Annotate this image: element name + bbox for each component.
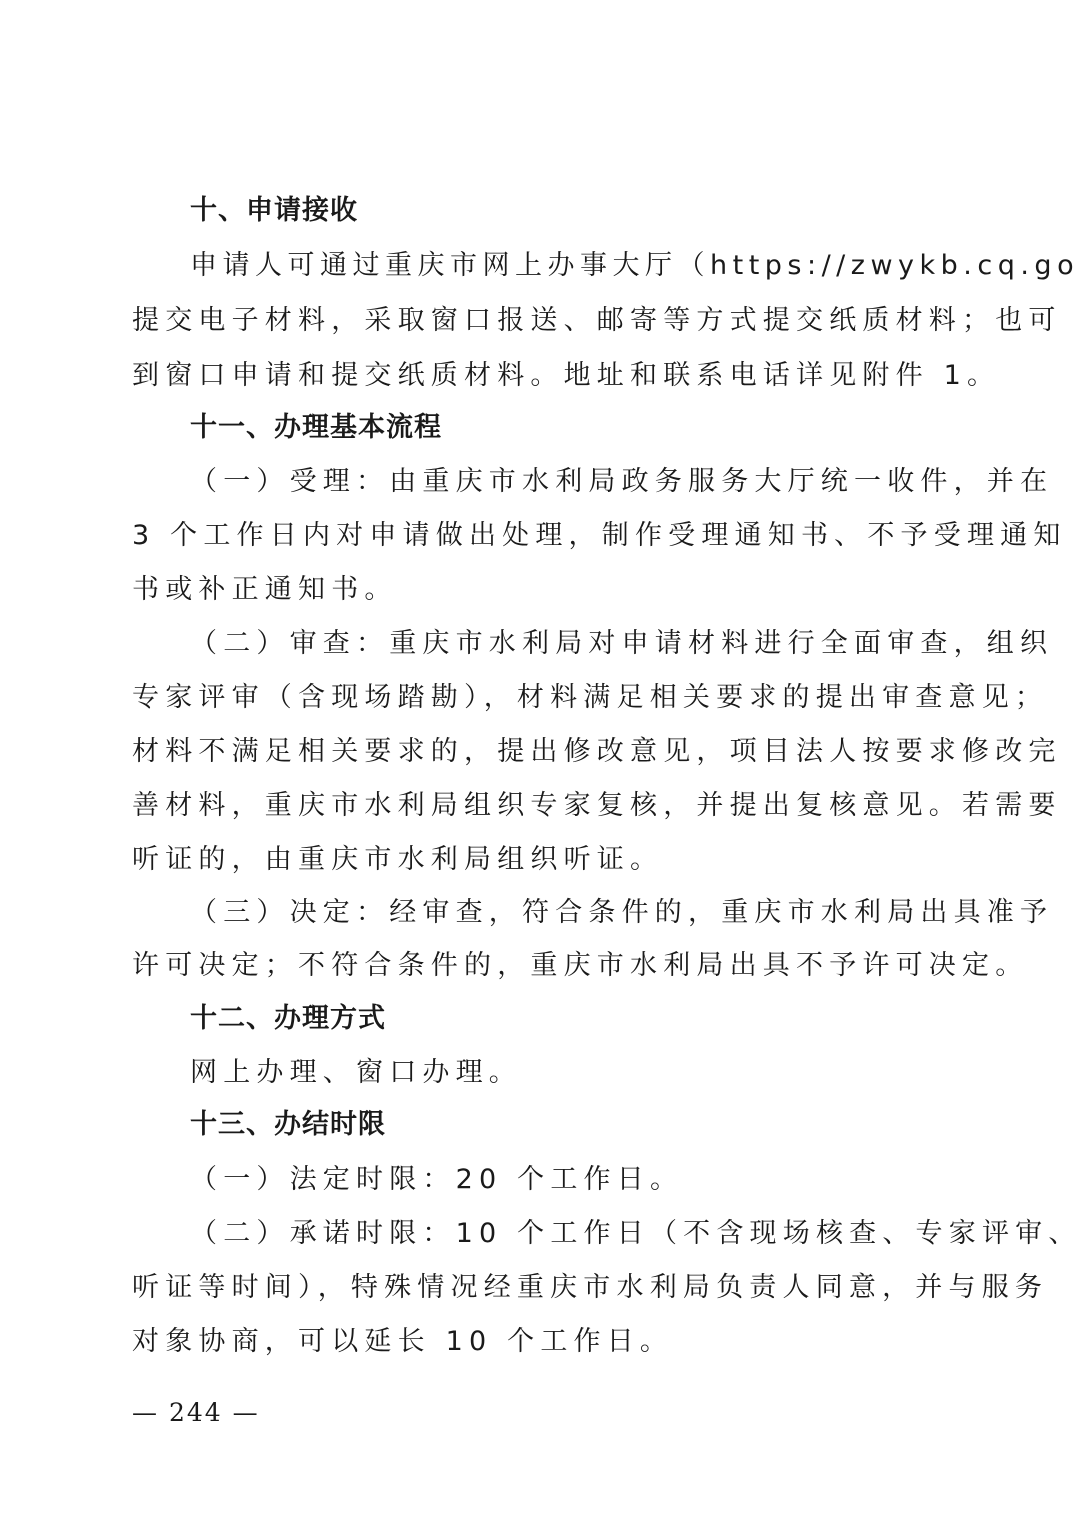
paragraph-line: 书或补正通知书。 <box>132 572 947 608</box>
paragraph-line: 材料不满足相关要求的，提出修改意见，项目法人按要求修改完 <box>132 734 947 770</box>
page-number: — 244 — <box>132 1396 260 1430</box>
paragraph-line: （一）法定时限：20 个工作日。 <box>190 1162 947 1198</box>
paragraph-line: 善材料，重庆市水利局组织专家复核，并提出复核意见。若需要 <box>132 788 947 824</box>
section-heading-application-receipt: 十、申请接收 <box>190 193 947 229</box>
paragraph-line: 提交电子材料，采取窗口报送、邮寄等方式提交纸质材料；也可 <box>132 303 947 339</box>
paragraph-line: 听证等时间），特殊情况经重庆市水利局负责人同意，并与服务 <box>132 1270 947 1306</box>
section-heading-basic-process: 十一、办理基本流程 <box>190 410 947 446</box>
paragraph-line: （二）承诺时限：10 个工作日（不含现场核查、专家评审、 <box>190 1216 947 1252</box>
paragraph-line: （三）决定：经审查，符合条件的，重庆市水利局出具准予 <box>190 895 947 931</box>
paragraph-line: 网上办理、窗口办理。 <box>190 1055 947 1091</box>
section-heading-handling-method: 十二、办理方式 <box>190 1001 947 1037</box>
document-page: 十、申请接收 申请人可通过重庆市网上办事大厅（https://zwykb.cq.… <box>0 0 1075 1519</box>
paragraph-line: （一）受理：由重庆市水利局政务服务大厅统一收件，并在 <box>190 464 947 500</box>
paragraph-line: 许可决定；不符合条件的，重庆市水利局出具不予许可决定。 <box>132 948 947 984</box>
paragraph-line: 3 个工作日内对申请做出处理，制作受理通知书、不予受理通知 <box>132 518 947 554</box>
paragraph-line: 到窗口申请和提交纸质材料。地址和联系电话详见附件 1。 <box>132 358 947 394</box>
paragraph-line: 专家评审（含现场踏勘），材料满足相关要求的提出审查意见； <box>132 680 947 716</box>
section-heading-time-limit: 十三、办结时限 <box>190 1107 947 1143</box>
paragraph-line: 申请人可通过重庆市网上办事大厅（https://zwykb.cq.gov.cn/… <box>190 248 947 284</box>
paragraph-line: （二）审查：重庆市水利局对申请材料进行全面审查，组织 <box>190 626 947 662</box>
paragraph-line: 对象协商，可以延长 10 个工作日。 <box>132 1324 947 1360</box>
paragraph-line: 听证的，由重庆市水利局组织听证。 <box>132 842 947 878</box>
